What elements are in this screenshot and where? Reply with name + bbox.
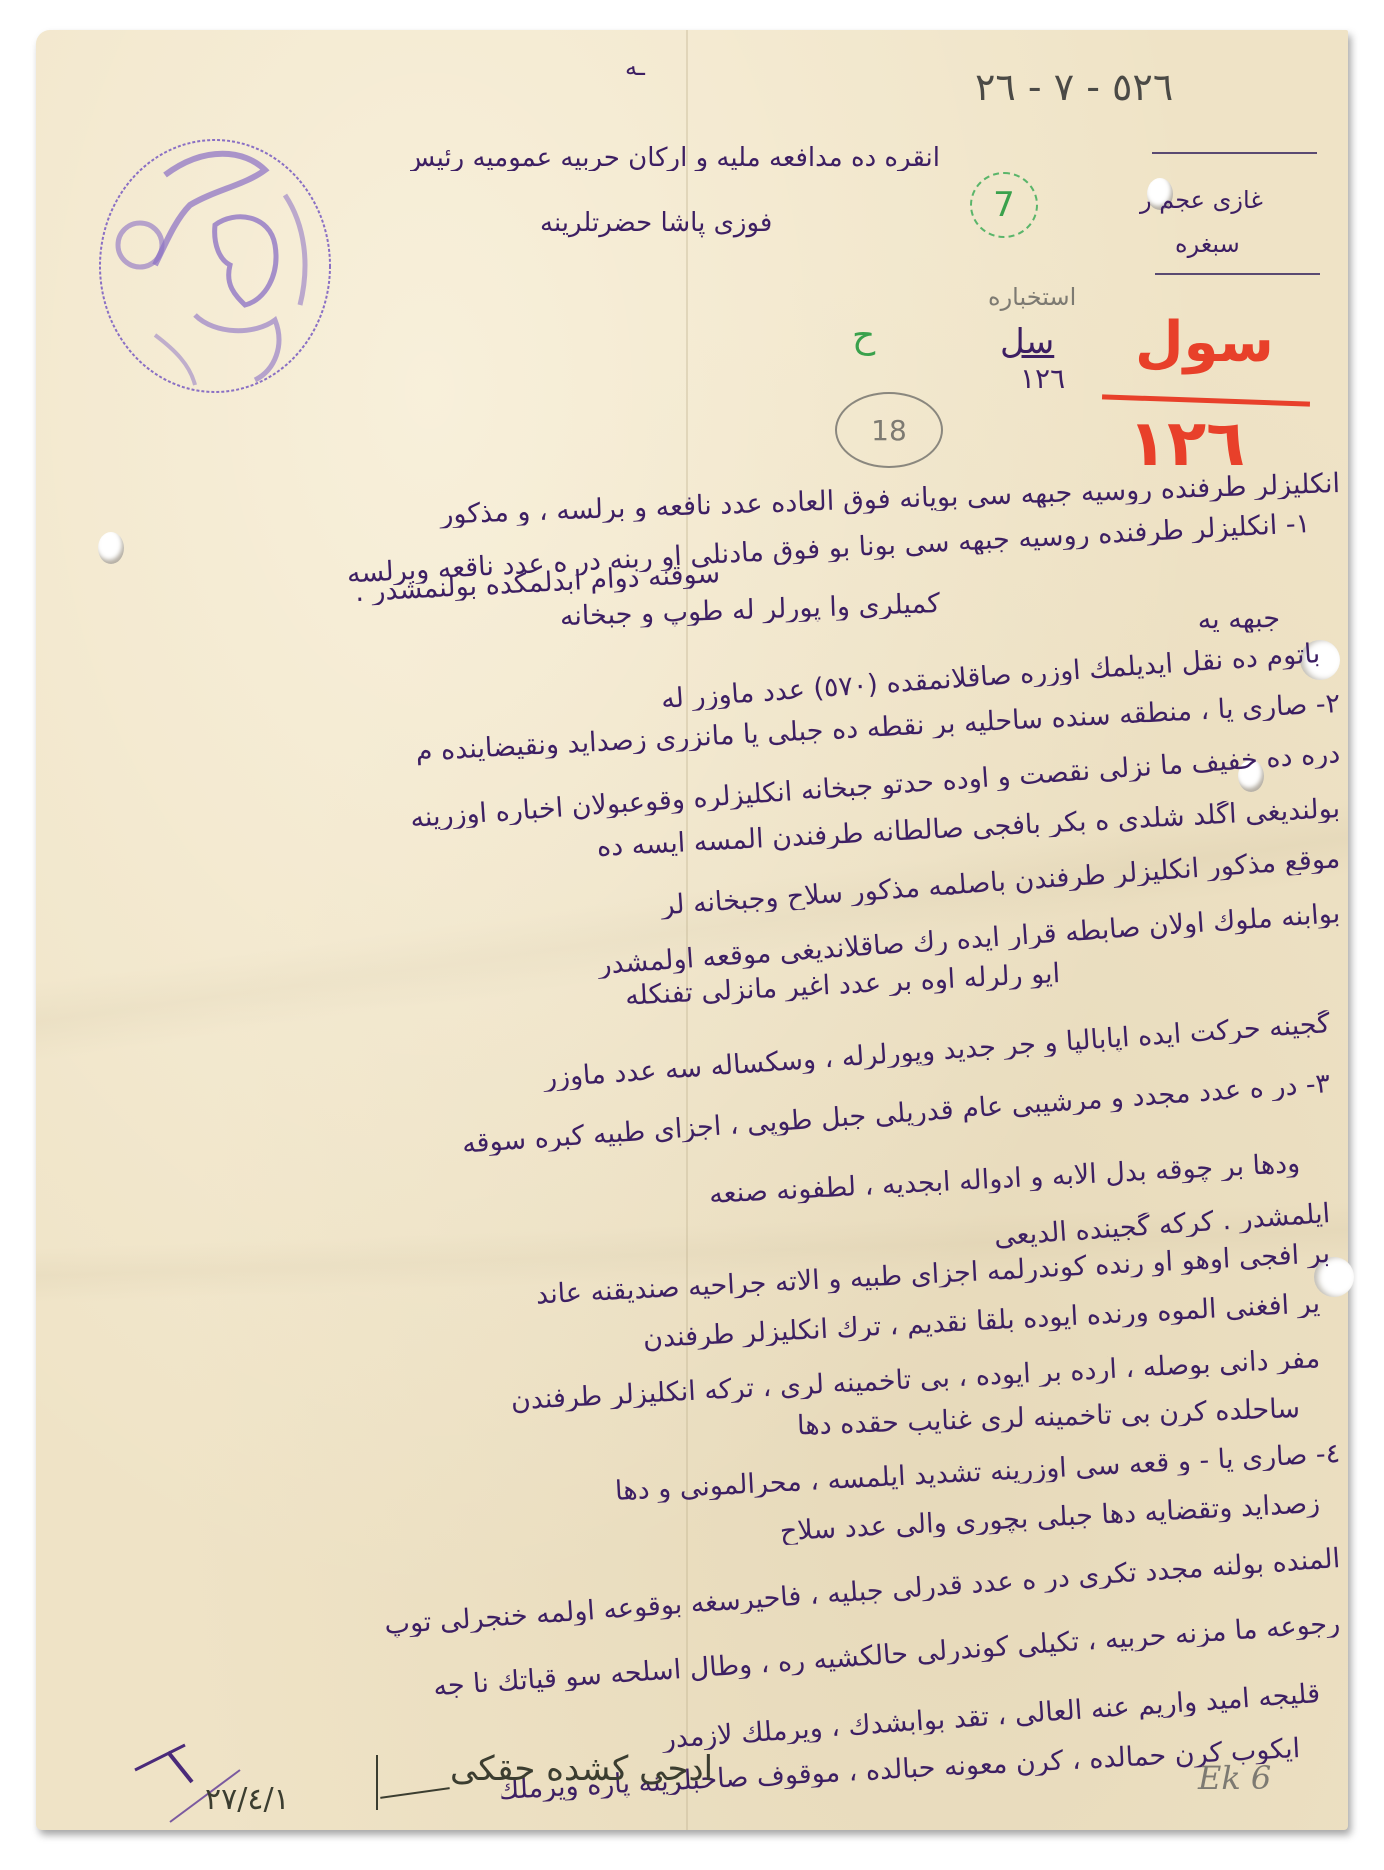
top-mark: ـه [625, 55, 645, 79]
purple-signature: سل [1000, 325, 1054, 359]
pencil-note: استخباره [988, 285, 1076, 309]
seal-stamp-icon [95, 135, 335, 397]
purple-number: ١٢٦ [1020, 365, 1065, 393]
divider-line [1155, 273, 1320, 275]
reference-number: ٥٢٦ - ٧ - ٢٦ [975, 68, 1173, 106]
red-word: سول [1135, 315, 1274, 371]
signature-bar [376, 1755, 378, 1810]
footer-signature: ادجی كشده حقکی [450, 1752, 713, 1786]
body-line: جبهه یه [980, 605, 1280, 637]
divider-line [1152, 152, 1317, 154]
footer-date: ٢٧/٤/١ [205, 1785, 290, 1815]
paper-fold [686, 30, 688, 1830]
green-mark: ح [852, 318, 875, 354]
pencil-circled-number: 18 [835, 392, 943, 468]
addressee-line-1: انقره ده مدافعه ملیه و ارکان حربیه عمومی… [410, 145, 940, 171]
sender-line-2: سبغره [1175, 232, 1240, 256]
ek-label: Ek 6 [1198, 1762, 1271, 1794]
green-circled-number: 7 [970, 172, 1038, 238]
sender-line-1: غازی عجم ر [1140, 188, 1263, 212]
red-number: ١٢٦ [1128, 412, 1245, 476]
addressee-line-2: فوزی پاشا حضرتلرینه [540, 210, 772, 236]
